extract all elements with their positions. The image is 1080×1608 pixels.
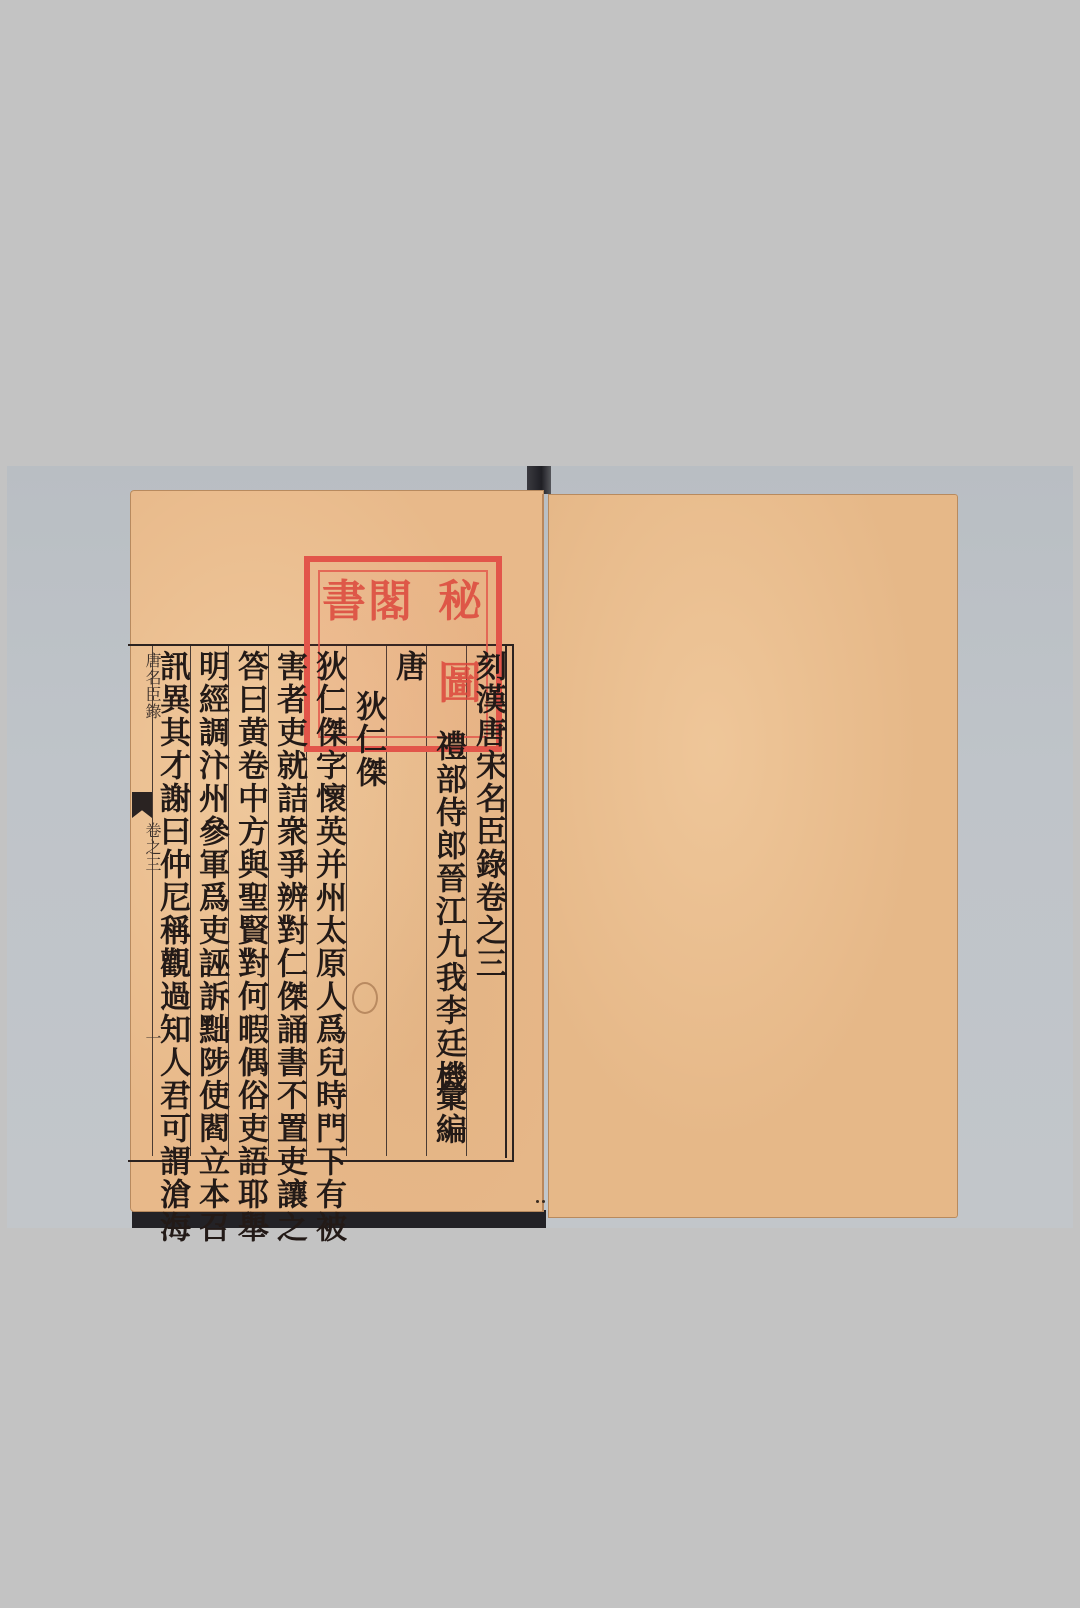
compiler-suffix: 彙編 [428, 1080, 468, 1146]
seal-char: 閣 [368, 580, 412, 624]
seal-char: 書 [322, 580, 366, 624]
paper-stain [352, 982, 378, 1014]
margin-book-title: 唐名臣錄 [132, 652, 172, 720]
body-column-1: 狄仁傑字懷英并州太原人爲兒時門下有被 [308, 650, 348, 1244]
seal-char: 秘 [438, 580, 482, 624]
page-fold [542, 494, 544, 1212]
compiler-credit: 禮部侍郎晉江九我李廷機 [428, 730, 468, 1093]
body-column-2: 害者吏就詰衆爭辨對仁傑誦書不置吏讓之 [269, 650, 309, 1244]
right-page-blank [548, 494, 958, 1218]
volume-title: 刻漢唐宋名臣錄卷之三 [468, 650, 508, 980]
body-column-4: 明經調汴州參軍爲吏誣訴黜陟使閻立本召 [191, 650, 231, 1244]
margin-page-number: 一 [132, 1030, 172, 1047]
dynasty-heading: 唐 [388, 650, 428, 683]
biography-heading: 狄仁傑 [348, 690, 388, 789]
margin-volume: 卷之三 [132, 822, 172, 873]
body-column-3: 答曰黄卷中方與聖賢對何暇偶俗吏語耶舉 [230, 650, 270, 1244]
body-column-5: 訊異其才謝曰仲尼稱觀過知人君可謂滄海 [152, 650, 192, 1244]
binding-dots [536, 1188, 548, 1192]
